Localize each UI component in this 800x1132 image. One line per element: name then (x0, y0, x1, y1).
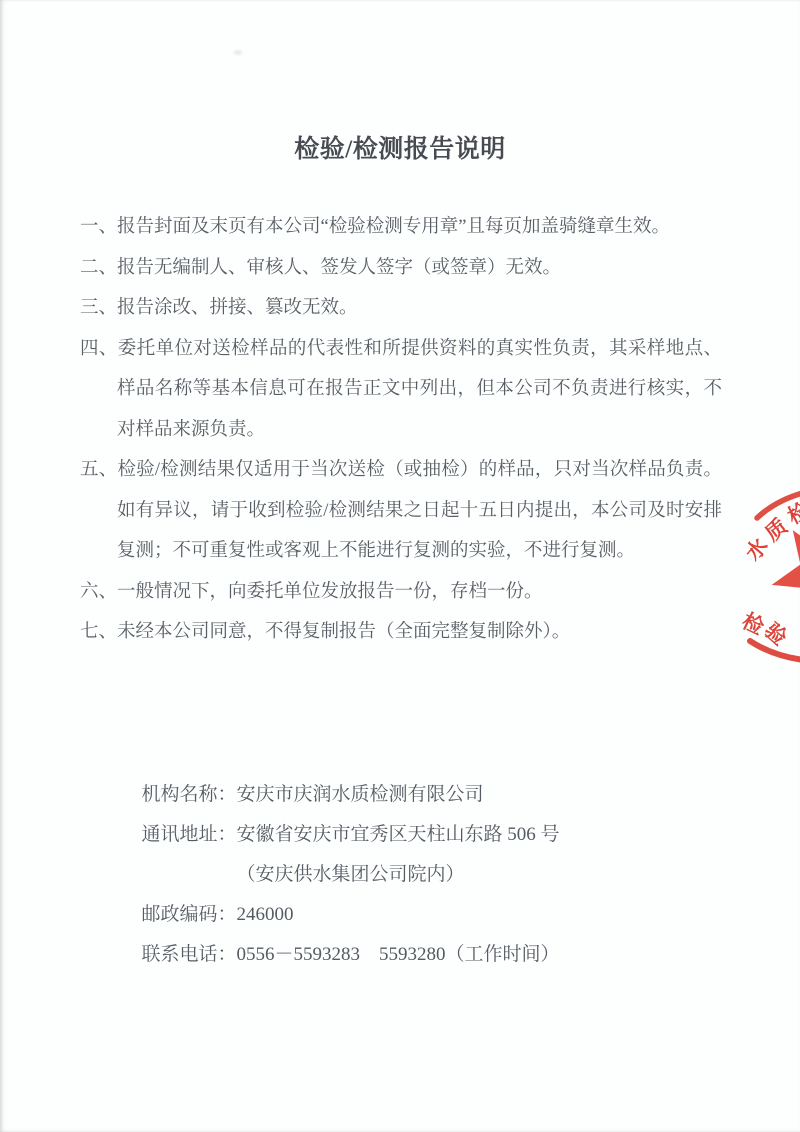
note-number: 三、 (80, 298, 117, 318)
address-value: 安徽省安庆市宜秀区天柱山东路 506 号 (237, 815, 560, 855)
note-text: 报告封面及末页有本公司“检验检测专用章”且每页加盖骑缝章生效。 (117, 217, 670, 237)
note-number: 二、 (80, 258, 117, 278)
zipcode-value: 246000 (237, 895, 294, 935)
note-text: 报告涂改、拼接、篡改无效。 (117, 298, 358, 318)
stamp-char-shui: 水 (741, 534, 773, 566)
note-item: 四、委托单位对送检样品的代表性和所提供资料的真实性负责，其采样地点、样品名称等基… (80, 329, 722, 451)
note-item: 五、检验/检测结果仅适用于当次送检（或抽检）的样品，只对当次样品负责。如有异议，… (80, 450, 722, 572)
note-text: 报告无编制人、审核人、签发人签字（或签章）无效。 (117, 258, 561, 278)
note-item: 六、一般情况下，向委托单位发放报告一份，存档一份。 (80, 572, 722, 613)
notes-list: 一、报告封面及末页有本公司“检验检测专用章”且每页加盖骑缝章生效。二、报告无编制… (80, 207, 722, 653)
address-label: 通讯地址： (142, 815, 237, 855)
zipcode-label: 邮政编码： (142, 895, 237, 935)
note-number: 四、 (80, 339, 118, 359)
telephone-value: 0556－5593283 5593280（工作时间） (237, 935, 560, 975)
page-title: 检验/检测报告说明 (0, 129, 800, 165)
note-number: 六、 (80, 582, 117, 602)
scan-artifact (234, 50, 242, 55)
contact-block: 机构名称：安庆市庆润水质检测有限公司 通讯地址：安徽省安庆市宜秀区天柱山东路 5… (113, 735, 560, 935)
note-number: 七、 (80, 622, 117, 642)
note-text: 检验/检测结果仅适用于当次送检（或抽检）的样品，只对当次样品负责。如有异议，请于… (117, 460, 722, 561)
org-name-label: 机构名称： (142, 775, 237, 815)
note-text: 委托单位对送检样品的代表性和所提供资料的真实性负责，其采样地点、样品名称等基本信… (117, 339, 722, 440)
note-item: 一、报告封面及末页有本公司“检验检测专用章”且每页加盖骑缝章生效。 (80, 207, 722, 248)
contact-row-organization: 机构名称：安庆市庆润水质检测有限公司 (113, 735, 560, 775)
note-text: 一般情况下，向委托单位发放报告一份，存档一份。 (117, 582, 543, 602)
address-note-value: （安庆供水集团公司院内） (237, 855, 465, 895)
org-name-value: 安庆市庆润水质检测有限公司 (237, 775, 484, 815)
note-item: 二、报告无编制人、审核人、签发人签字（或签章）无效。 (80, 248, 722, 289)
scanned-report-page: 检验/检测报告说明 一、报告封面及末页有本公司“检验检测专用章”且每页加盖骑缝章… (0, 0, 800, 1132)
note-item: 三、报告涂改、拼接、篡改无效。 (80, 288, 722, 329)
stamp-char-jian-top-partial: 检 (784, 498, 800, 529)
note-number: 一、 (80, 217, 117, 237)
stamp-char-zhi: 质 (761, 514, 792, 546)
red-seam-stamp: 水 质 检 检 验 (740, 470, 800, 680)
telephone-label: 联系电话： (142, 935, 237, 975)
note-item: 七、未经本公司同意，不得复制报告（全面完整复制除外）。 (80, 612, 722, 653)
note-text: 未经本公司同意，不得复制报告（全面完整复制除外）。 (117, 622, 570, 642)
note-number: 五、 (80, 460, 117, 480)
